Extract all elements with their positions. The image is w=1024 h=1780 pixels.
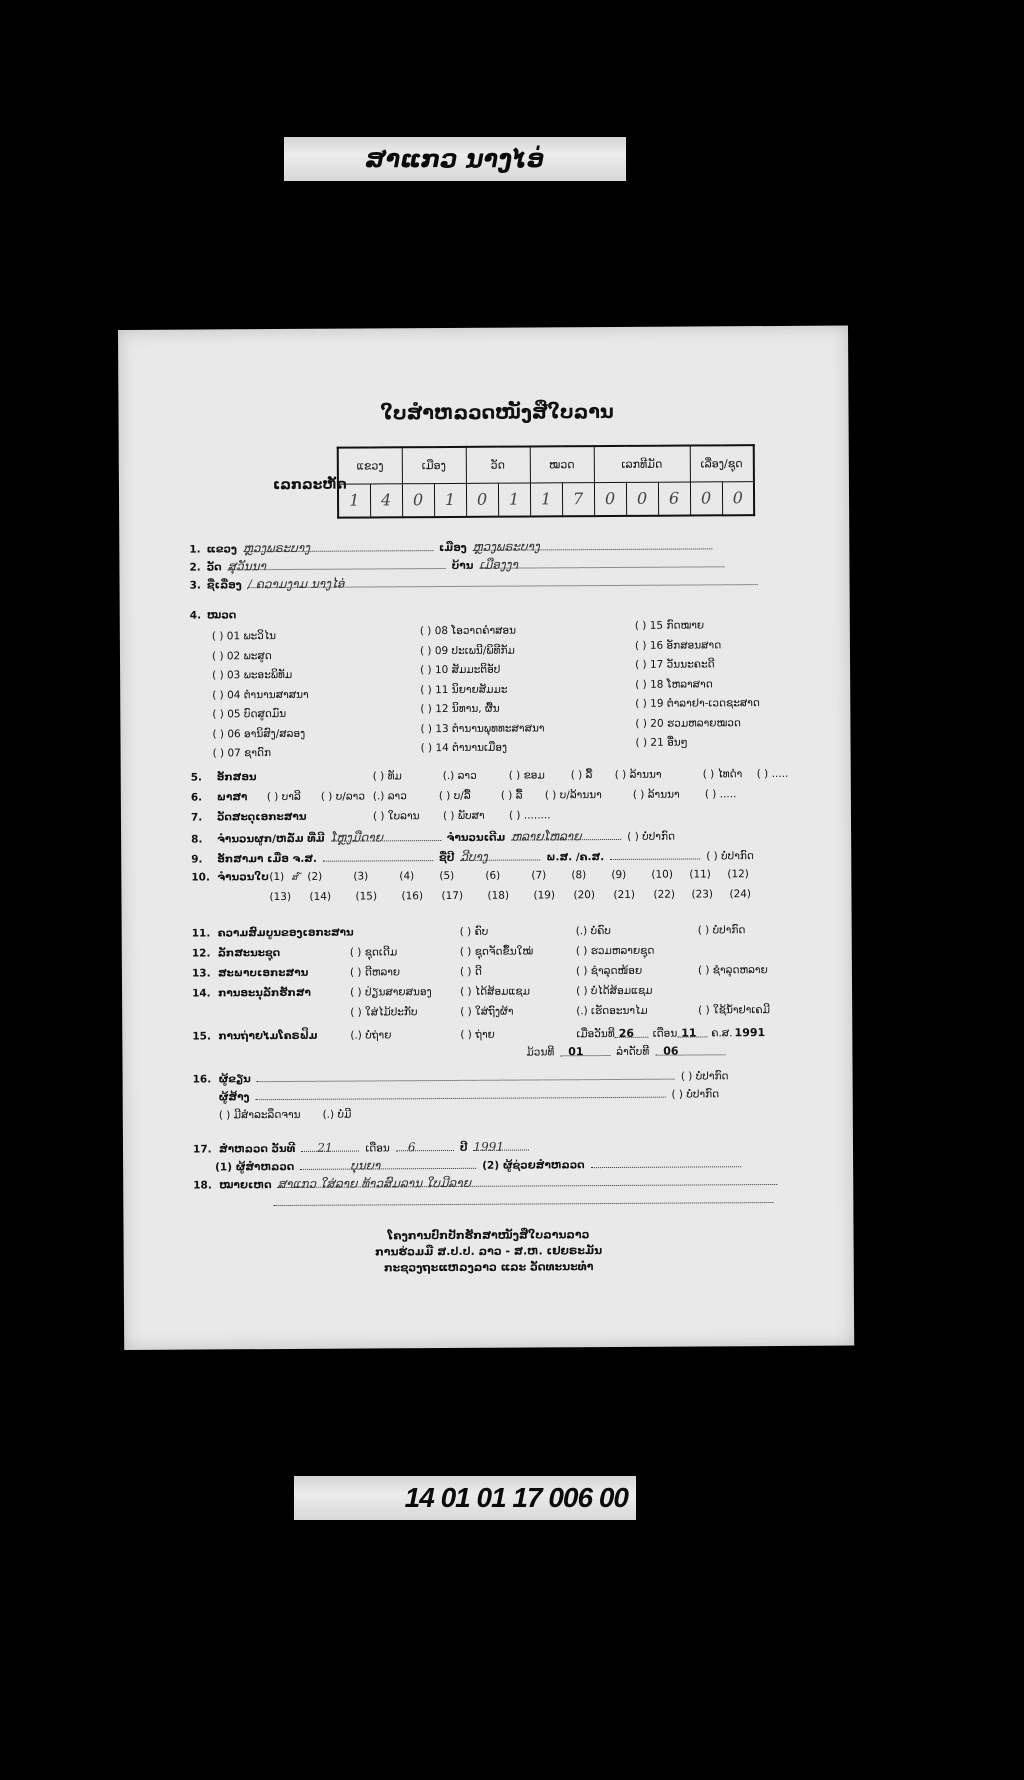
code-cell: 4 [370,483,402,517]
field-leaves: 10. ຈຳນວນໃບ (1) ສ ໌ (2) (3) (4) (5) (6) … [191,868,749,883]
category-option[interactable]: ( ) 06 ອານິສົງ/ສລອງ [212,724,309,744]
field-num: 14. [192,987,218,999]
leaf-option[interactable]: (2) [307,871,353,883]
field-surveyors: (1) ຜູ້ສຳຫລວດ ບຸນຍາ (2) ຜູ້ຊ່ວຍສຳຫລວດ [215,1156,741,1173]
be-year-value [610,848,700,860]
leaf-option[interactable]: (20) [573,889,613,901]
field-label: (2) ຜູ້ຊ່ວຍສຳຫລວດ [482,1159,584,1172]
field-num: 3. [190,579,201,591]
leaf-option[interactable]: (3) [353,870,399,882]
field-label: ອັກສອນ [217,770,373,783]
bundle-count-value: ໂຫຼງມືດາຍ [331,830,441,842]
language-option[interactable]: ( ) ບາລີ [267,791,321,803]
field-condition: 13. ສະພາບເອກະສານ ( ) ດີຫລາຍ ( ) ດີ ( ) ຊ… [192,964,768,980]
code-table: ແຂວງ ເມືອງ ວັດ ໝວດ ເລກທີມັດ ເລື່ອງ/ຊຸດ 1… [337,444,755,519]
bottom-label: 14 01 01 17 006 00 [405,1482,628,1514]
field-conservation-row2: ( ) ໃສ່ໄມ້ປະກັບ ( ) ໃສ່ຖົງຜ້າ (.) ເຮັດອະ… [350,1004,770,1019]
microfilm-month: 11 [677,1026,707,1037]
language-option[interactable]: ( ) ບ/ລ້ານນາ [545,789,633,802]
unknown-checkbox[interactable]: ( ) ບໍ່ປາກົດ [627,831,675,843]
category-col-1: ( ) 01 ພະວິໄນ ( ) 02 ພະສູດ ( ) 03 ພະອະພິ… [212,627,309,764]
sponsor-value [255,1087,665,1101]
conservation-option[interactable]: ( ) ໄດ້ສ້ອມແຊມ [460,985,576,998]
leaf-option[interactable]: (7) [531,869,571,881]
category-option[interactable]: ( ) 17 ວັນນະຄະດີ [635,655,760,675]
field-leaves-row2: (13) (14) (15) (16) (17) (18) (19) (20) … [269,888,751,903]
survey-day: 21 [301,1141,359,1152]
assistant-value [591,1156,741,1168]
script-option[interactable]: ( ) ຂອມ [509,769,571,781]
code-cell: 0 [594,482,626,516]
category-option[interactable]: ( ) 21 ອື່ນໆ [635,733,760,753]
field-scribe: 16. ຜູ້ຂຽນ ( ) ບໍ່ປາກົດ [193,1068,729,1085]
field-completeness: 11. ຄວາມສົມບູນຂອງເອກະສານ ( ) ຄົບ (.) ບໍ່… [192,924,746,939]
category-option[interactable]: ( ) 12 ນິທານ, ຜື້ນ [420,699,544,719]
code-header: ເລກທີມັດ [594,446,690,483]
material-option[interactable]: ( ) ........ [509,809,551,821]
category-option[interactable]: ( ) 10 ສັມມະຕິອັປ [420,660,544,680]
conservation-option[interactable]: ( ) ປ່ຽນສາຍສນອງ [350,986,460,999]
handwritten-value: / ຄວາມງາມ ນາງໄອ່ [248,577,345,592]
field-label: ມ້ວນທີ [526,1046,554,1058]
footer-line: ກະຊວງຖະແຫລງລາວ ແລະ ວັດທະນະທຳ [124,1258,854,1278]
field-num: 6. [191,791,217,803]
leaf-option[interactable]: (11) [689,868,727,880]
code-cell: 1 [498,482,530,516]
handwritten-value: ຫລາຍໂຫລາຍ [511,829,581,843]
sequence-number: 06 [655,1044,725,1055]
field-language: 6. ພາສາ ( ) ບາລີ ( ) ບ/ລາວ (.) ລາວ ( ) ບ… [191,788,737,803]
handwritten-value: ຫຼວງພຣະບາງ [243,541,310,555]
field-label: ເມືອງ [439,542,467,554]
handwritten-value: ບຸນຍາ [300,1158,380,1172]
field-written-date: 9. ອັກສາມາ ເມື່ອ ຈ.ສ. ຊື່ປີ ວີບາງ ພ.ສ. /… [191,848,754,865]
code-header: ເມືອງ [402,447,466,483]
category-option[interactable]: ( ) 04 ຕຳນານສາສນາ [212,685,309,705]
unknown-checkbox[interactable]: ( ) ບໍ່ປາກົດ [706,850,754,862]
handwritten-value: ໂຫຼງມືດາຍ [331,830,383,844]
field-num: 2. [189,561,200,573]
province-value: ຫຼວງພຣະບາງ [243,540,433,552]
script-option[interactable]: ( ) ລື້ [571,769,615,781]
field-label: ເດືອນ [365,1142,390,1154]
field-temple: 2. ວັດ ສຸວັນນາ ບ້ານ ເມືອງງາ [189,556,724,573]
field-title: 3. ຊື່ເລື່ອງ / ຄວາມງາມ ນາງໄອ່ [190,574,758,591]
field-num: 15. [192,1030,218,1042]
leaf-option[interactable]: (24) [729,888,751,900]
field-label: ບ້ານ [452,560,474,572]
colophon-option[interactable]: ( ) ມີສຳລະລຶດຈານ [219,1109,301,1121]
field-label: ຄ.ສ. [711,1027,732,1039]
field-num: 7. [191,811,217,823]
year-name-value: ວີບາງ [460,849,540,860]
field-num: 1. [189,543,200,555]
colophon-option[interactable]: (.) ບໍ່ມີ [323,1109,352,1121]
leaf-option[interactable]: (19) [533,889,573,901]
field-label: ພາສາ [217,791,267,803]
category-option[interactable]: ( ) 11 ນິຍາຍສັມມະ [420,680,544,700]
leaf-option[interactable]: (9) [611,869,651,881]
cs-year-value [323,850,433,862]
code-cell: 0 [722,481,754,515]
language-option[interactable]: ( ) ..... [705,788,737,800]
language-option[interactable]: ( ) ບ/ລື້ [439,790,501,802]
temple-value: ສຸວັນນາ [228,558,446,570]
field-bundle-count: 8. ຈຳນວນຜູກ/ຫລັ່ມ ທີ່ມີ ໂຫຼງມືດາຍ ຈຳນວນເ… [191,829,675,846]
field-num: 17. [193,1143,213,1155]
script-option[interactable]: ( ) ທັມ [373,770,443,782]
leaf-option[interactable]: (22) [653,889,691,901]
field-num: 16. [193,1073,213,1085]
field-num: 18. [193,1179,213,1191]
category-option[interactable]: ( ) 03 ພະອະພິທັມ [212,666,309,686]
leaf-option[interactable]: (8) [571,869,611,881]
code-strip-bottom: 14 01 01 17 006 00 [294,1476,636,1520]
field-label: ວັດສະດຸເອກະສານ [217,810,373,823]
category-option[interactable]: ( ) 19 ຕຳລາຢາ-ເວດຊະສາດ [635,694,760,714]
field-num: 8. [191,833,211,845]
leaf-option[interactable]: (1) [269,871,291,883]
field-label: ເດືອນ [653,1028,678,1040]
handwritten-value: ເມືອງງາ [479,558,518,572]
leaf-option[interactable]: (12) [727,868,749,880]
field-label: ການຖ່າຍໄມໂຄຣຟິມ [218,1030,350,1043]
leaf-option[interactable]: (21) [613,889,653,901]
survey-month: 6 [396,1140,454,1151]
handwritten-value: ສາແກວ ໃສ່ລາຍ ທ້າວສົມລານ ໃບມີລາຍ [278,1176,471,1191]
leaf-option[interactable]: (14) [309,891,355,903]
code-cell: 0 [466,483,498,517]
category-option[interactable]: ( ) 01 ພະວິໄນ [212,627,309,647]
script-option[interactable]: ( ) ..... [757,768,789,780]
field-remarks: 18. ໝາຍເຫດ ສາແກວ ໃສ່ລາຍ ທ້າວສົມລານ ໃບມີລ… [193,1174,777,1192]
field-label: ຊື່ເລື່ອງ [207,579,242,591]
leaf-option[interactable]: (15) [355,890,401,902]
category-col-2: ( ) 08 ໂອວາດຄຳສອນ ( ) 09 ປະເພນີ/ພິທີກັມ … [420,621,545,758]
field-label: (1) ຜູ້ສຳຫລວດ [215,1161,294,1173]
field-num: 13. [192,967,218,979]
code-cell: 1 [434,483,466,517]
conservation-option[interactable]: ( ) ໃສ່ຖົງຜ້າ [460,1005,576,1018]
microfilm-year: 1991 [734,1026,765,1039]
handwritten-value: ວີບາງ [460,850,487,864]
microfilm-option[interactable]: ( ) ຖ່າຍ [460,1028,576,1041]
handwritten-mark: ສ ໌ [291,873,307,883]
category-option[interactable]: ( ) 07 ຊາດົກ [213,744,310,764]
category-col-3: ( ) 15 ກົດໝາຍ ( ) 16 ອັກສອນສາດ ( ) 17 ວັ… [635,616,760,753]
completeness-option[interactable]: ( ) ບໍ່ປາກົດ [698,924,746,936]
unknown-checkbox[interactable]: ( ) ບໍ່ປາກົດ [671,1088,719,1100]
field-label: ຜູ້ຂຽນ [219,1073,251,1085]
category-heading: 4. ໝວດ [190,609,237,621]
field-script: 5. ອັກສອນ ( ) ທັມ (.) ລາວ ( ) ຂອມ ( ) ລື… [191,768,789,784]
field-label: ອັກສາມາ ເມື່ອ ຈ.ສ. [217,853,317,866]
code-label: ເລກລະຫັດ [273,477,347,493]
script-option[interactable]: ( ) ໄທດຳ [703,768,757,780]
field-microfilm-reel: ມ້ວນທີ 01 ລຳດັບທີ 06 [526,1044,725,1058]
field-label: ແຂວງ [207,543,237,555]
microfilm-option[interactable]: (.) ບໍ່ຖ່າຍ [350,1029,460,1042]
card-title: ໃບສຳຫລວດໜັງສືໃບລານ [380,401,613,424]
code-header: ເລື່ອງ/ຊຸດ [690,445,754,481]
category-option[interactable]: ( ) 16 ອັກສອນສາດ [635,636,760,656]
conservation-option[interactable]: ( ) ບໍ່ໄດ້ສ້ອມແຊມ [576,985,653,997]
field-num: 11. [192,927,218,939]
code-cell: 0 [626,482,658,516]
surveyor-value: ບຸນຍາ [300,1158,476,1170]
category-option[interactable]: ( ) 13 ຕຳນານພຸທທະສາສນາ [420,719,544,739]
code-cell: 1 [338,483,370,517]
field-label: ຜູ້ສ້າງ [219,1091,250,1103]
field-label: ຈຳນວນຜູກ/ຫລັ່ມ ທີ່ມີ [217,833,325,846]
field-num: 9. [191,853,211,865]
handwritten-value: 21 [301,1141,332,1155]
field-province: 1. ແຂວງ ຫຼວງພຣະບາງ ເມືອງ ຫຼວງພຣະບາງ [189,538,713,555]
category-option[interactable]: ( ) 15 ກົດໝາຍ [635,616,760,636]
code-cell: 0 [402,483,434,517]
title-value: / ຄວາມງາມ ນາງໄອ່ [248,574,758,588]
language-option[interactable]: ( ) ລ້ານນາ [633,788,705,800]
category-option[interactable]: ( ) 18 ໂຫລາສາດ [635,675,760,695]
leaf-option[interactable]: (17) [441,890,487,902]
condition-option[interactable]: ( ) ດີ [460,965,576,978]
field-num: 4. [190,609,201,621]
conservation-option[interactable]: ( ) ໃສ່ໄມ້ປະກັບ [350,1006,460,1019]
conservation-option[interactable]: (.) ເຮັດອະນາໄມ [576,1004,698,1017]
category-option[interactable]: ( ) 20 ຮວມຫລາຍໝວດ [635,714,760,734]
handwritten-value: 1991 [473,1140,504,1154]
set-type-option[interactable]: ( ) ຮວມຫລາຍຊຸດ [576,945,655,957]
village-value: ເມືອງງາ [479,556,724,568]
field-label: ການອະນຸລັກຮັກສາ [218,987,350,1000]
scribe-value [257,1069,675,1083]
completeness-option[interactable]: ( ) ຄົບ [460,925,576,938]
field-label: ຈຳນວນໃບ [217,871,269,883]
field-label: ຄວາມສົມບູນຂອງເອກະສານ [218,926,460,939]
code-cell: 1 [530,482,562,516]
completeness-option[interactable]: (.) ບໍ່ຄົບ [576,924,698,937]
field-label: ສະພາບເອກະສານ [218,967,350,980]
field-colophon: ( ) ມີສຳລະລຶດຈານ (.) ບໍ່ມີ [219,1109,352,1122]
code-cell: 6 [658,482,690,516]
microfilm-day: 26 [615,1027,649,1038]
script-option[interactable]: ( ) ລ້ານນາ [615,768,703,781]
category-option[interactable]: ( ) 14 ຕຳນານເມືອງ [421,738,545,758]
field-microfilm: 15. ການຖ່າຍໄມໂຄຣຟິມ (.) ບໍ່ຖ່າຍ ( ) ຖ່າຍ… [192,1026,765,1042]
script-option[interactable]: (.) ລາວ [443,770,509,782]
code-cell: 7 [562,482,594,516]
handwritten-value: ສຸວັນນາ [228,559,266,573]
field-label: ພ.ສ. /ຄ.ສ. [546,851,604,863]
language-option[interactable]: ( ) ບ/ລາວ [321,790,373,802]
leaf-option[interactable]: (4) [399,870,439,882]
code-header: ວັດ [466,446,530,482]
language-option[interactable]: (.) ລາວ [373,790,439,802]
leaf-option[interactable]: (13) [269,891,309,903]
code-header: ໝວດ [530,446,594,482]
leaf-option[interactable]: (23) [691,888,729,900]
field-num: 12. [192,947,218,959]
field-sponsor: ຜູ້ສ້າງ ( ) ບໍ່ປາກົດ [219,1086,720,1103]
condition-option[interactable]: ( ) ຊຳລຸດຫລາຍ [698,964,768,976]
field-label: ປີ [460,1142,468,1154]
conservation-option[interactable]: ( ) ໃຊ້ນ້ຳຢາເຄມີ [698,1004,770,1016]
district-value: ຫຼວງພຣະບາງ [473,538,713,550]
category-option[interactable]: ( ) 09 ປະເພນີ/ພິທີກັມ [420,641,544,661]
handwritten-value: ຫຼວງພຣະບາງ [473,539,540,553]
unknown-checkbox[interactable]: ( ) ບໍ່ປາກົດ [681,1070,729,1082]
leaf-option[interactable]: (18) [487,889,533,901]
field-label: ຊື່ປີ [439,852,455,864]
field-survey-date: 17. ສຳຫລວດ ວັນທີ 21 ເດືອນ 6 ປີ 1991 [193,1140,530,1156]
top-label: ສາແກວ ນາງໄອ່ [366,145,545,173]
field-set-type: 12. ລັກສະນະຊຸດ ( ) ຊຸດເດີມ ( ) ຊຸດຈັດຂຶ້… [192,945,655,960]
title-strip-top: ສາແກວ ນາງໄອ່ [284,137,626,181]
category-option[interactable]: ( ) 08 ໂອວາດຄຳສອນ [420,621,544,641]
language-option[interactable]: ( ) ລື້ [501,789,545,801]
material-option[interactable]: ( ) ພັບສາ [443,810,509,822]
card-footer: ໂຄງການປົກປັກຮັກສາໜັງສືໃບລານລາວ ການຮ່ວມມື… [123,1226,853,1278]
field-label: ເມື່ອວັນທີ [576,1028,614,1040]
leaf-option[interactable]: (5) [439,870,485,882]
material-option[interactable]: ( ) ໃບລານ [373,810,443,822]
field-material: 7. ວັດສະດຸເອກະສານ ( ) ໃບລານ ( ) ພັບສາ ( … [191,809,551,823]
handwritten-value: 6 [396,1140,416,1154]
remarks-line [273,1192,773,1206]
original-count-value: ຫລາຍໂຫລາຍ [511,829,621,841]
code-cell: 0 [690,481,722,515]
survey-card: ໃບສຳຫລວດໜັງສືໃບລານ ເລກລະຫັດ ແຂວງ ເມືອງ ວ… [118,326,854,1350]
field-num: 10. [191,871,217,883]
leaf-option[interactable]: (10) [651,869,689,881]
set-type-option[interactable]: ( ) ຊຸດເດີມ [350,946,460,959]
field-label: ລັກສະນະຊຸດ [218,947,350,960]
category-option[interactable]: ( ) 02 ພະສູດ [212,646,309,666]
condition-option[interactable]: ( ) ຊຳລຸດໜ້ອຍ [576,964,698,977]
code-header: ແຂວງ [338,447,402,483]
field-remarks-line2 [273,1192,773,1206]
leaf-option[interactable]: (6) [485,869,531,881]
reel-number: 01 [560,1045,610,1056]
remarks-value: ສາແກວ ໃສ່ລາຍ ທ້າວສົມລານ ໃບມີລາຍ [278,1174,778,1188]
condition-option[interactable]: ( ) ດີຫລາຍ [350,966,460,979]
set-type-option[interactable]: ( ) ຊຸດຈັດຂຶ້ນໃໝ່ [460,945,576,958]
field-label: ລຳດັບທີ [616,1046,649,1058]
field-label: ໝວດ [207,609,236,621]
field-label: ຈຳນວນເດີມ [447,832,506,844]
field-num: 5. [191,771,217,783]
field-label: ໝາຍເຫດ [219,1179,271,1191]
field-label: ວັດ [207,561,222,573]
survey-year: 1991 [473,1140,529,1151]
field-label: ສຳຫລວດ ວັນທີ [219,1143,295,1155]
field-conservation: 14. ການອະນຸລັກຮັກສາ ( ) ປ່ຽນສາຍສນອງ ( ) … [192,985,653,1000]
leaf-option[interactable]: (16) [401,890,441,902]
category-option[interactable]: ( ) 05 ບົດສູດມົນ [212,705,309,725]
